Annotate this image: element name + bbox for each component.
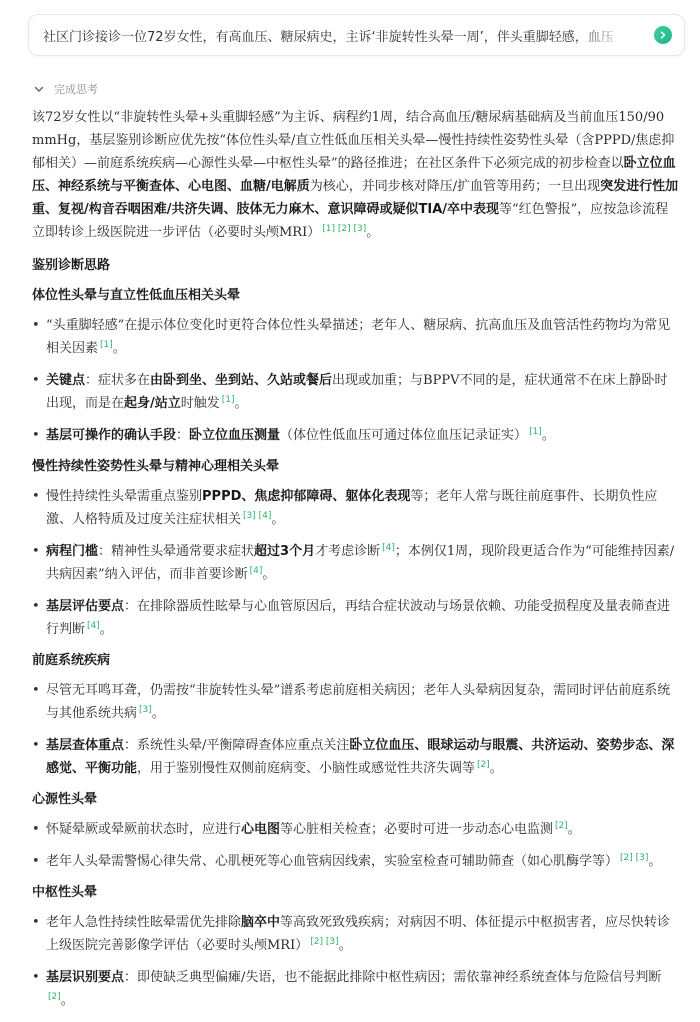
text: ：精神性头晕通常要求症状 xyxy=(98,544,254,559)
list-item: 病程门槛：精神性头晕通常要求症状超过3个月才考虑诊断[4]；本例仅1周，现阶段更… xyxy=(32,540,680,586)
citation[interactable]: [3] xyxy=(139,705,152,715)
text: 等心脏相关检查；必要时可进一步动态心电监测 xyxy=(280,822,553,837)
list-item: 老年人头晕需警惕心律失常、心肌梗死等心血管病因线索，实验室检查可辅助筛查（如心肌… xyxy=(32,850,680,873)
bold-text: 基层可操作的确认手段 xyxy=(46,428,176,443)
citation[interactable]: [1] xyxy=(100,340,113,350)
citation[interactable]: [1] [2] [3] xyxy=(322,224,366,234)
bold-text: PPPD、焦虑抑郁障碍、躯体化表现 xyxy=(202,489,410,504)
subsection-title: 慢性持续性姿势性头晕与精神心理相关头晕 xyxy=(32,457,680,477)
text: 尽管无耳鸣耳聋，仍需按“非旋转性头晕”谱系考虑前庭相关病因；老年人头晕病因复杂，… xyxy=(46,683,670,721)
text: 慢性持续性头晕需重点鉴别 xyxy=(46,489,202,504)
citation[interactable]: [2] xyxy=(477,760,490,770)
text: 。 xyxy=(235,396,248,411)
query-box[interactable]: 社区门诊接诊一位72岁女性，有高血压、糖尿病史，主诉‘非旋转性头晕一周’，伴头重… xyxy=(28,14,685,56)
text: 。 xyxy=(100,622,113,637)
text: 。 xyxy=(490,761,503,776)
bold-text: 超过3个月 xyxy=(254,544,315,559)
text: ：系统性头晕/平衡障碍查体应重点关注 xyxy=(124,738,349,753)
text: ：症状多在 xyxy=(85,373,150,388)
subsection-title: 中枢性头晕 xyxy=(32,883,680,903)
bold-text: 病程门槛 xyxy=(46,544,98,559)
list-item: 基层查体重点：系统性头晕/平衡障碍查体应重点关注卧立位血压、眼球运动与眼震、共济… xyxy=(32,734,680,780)
chevron-down-icon xyxy=(34,86,44,93)
citation[interactable]: [2] [3] xyxy=(620,853,648,863)
list-item: 基层识别要点：即使缺乏典型偏瘫/失语，也不能据此排除中枢性病因；需依靠神经系统查… xyxy=(32,966,680,981)
citation[interactable]: [4] xyxy=(87,621,100,631)
bold-text: 关键点 xyxy=(46,373,85,388)
chevron-right-icon xyxy=(659,31,667,39)
text: 。 xyxy=(271,512,284,527)
thinking-label: 完成思考 xyxy=(54,81,98,97)
text: 时触发 xyxy=(181,396,220,411)
text: “头重脚轻感”在提示体位变化时更符合体位性头晕描述；老年人、糖尿病、抗高血压及血… xyxy=(46,318,670,356)
bold-text: 基层查体重点 xyxy=(46,738,124,753)
answer-content: 该72岁女性以“非旋转性头晕+头重脚轻感”为主诉、病程约1周，结合高血压/糖尿病… xyxy=(32,106,680,981)
text: 为核心，并同步核对降压/扩血管等用药；一旦出现 xyxy=(310,179,600,194)
citation[interactable]: [3] [4] xyxy=(243,511,271,521)
list-item: 怀疑晕厥或晕厥前状态时，应进行心电图等心脏相关检查；必要时可进一步动态心电监测[… xyxy=(32,818,680,841)
bullet-list: 老年人急性持续性眩晕需优先排除脑卒中等高致死致残疾病；对病因不明、体征提示中枢损… xyxy=(32,911,680,981)
subsection-title: 心源性头晕 xyxy=(32,790,680,810)
citation[interactable]: [4] xyxy=(250,566,263,576)
list-item: 关键点：症状多在由卧到坐、坐到站、久站或餐后出现或加重；与BPPV不同的是，症状… xyxy=(32,369,680,415)
bold-text: 心电图 xyxy=(241,822,280,837)
text: ，用于鉴别慢性双侧前庭病变、小脑性或感觉性共济失调等 xyxy=(137,761,475,776)
subsection-title: 前庭系统疾病 xyxy=(32,651,680,671)
citation[interactable]: [1] xyxy=(529,427,542,437)
list-item: 尽管无耳鸣耳聋，仍需按“非旋转性头晕”谱系考虑前庭相关病因；老年人头晕病因复杂，… xyxy=(32,679,680,725)
thinking-toggle[interactable]: 完成思考 xyxy=(34,81,98,97)
intro-paragraph: 该72岁女性以“非旋转性头晕+头重脚轻感”为主诉、病程约1周，结合高血压/糖尿病… xyxy=(32,106,680,244)
subsection-title: 体位性头晕与直立性低血压相关头晕 xyxy=(32,286,680,306)
send-button[interactable] xyxy=(654,26,672,44)
text: 。 xyxy=(648,854,661,869)
text: 。 xyxy=(262,567,275,582)
citation[interactable]: [2] xyxy=(555,821,568,831)
list-item: “头重脚轻感”在提示体位变化时更符合体位性头晕描述；老年人、糖尿病、抗高血压及血… xyxy=(32,314,680,360)
bold-text: 卧立位血压测量 xyxy=(189,428,280,443)
text: 。 xyxy=(339,938,352,953)
bold-text: 基层识别要点 xyxy=(46,970,124,981)
text: 老年人头晕需警惕心律失常、心肌梗死等心血管病因线索，实验室检查可辅助筛查（如心肌… xyxy=(46,854,618,869)
list-item: 老年人急性持续性眩晕需优先排除脑卒中等高致死致残疾病；对病因不明、体征提示中枢损… xyxy=(32,911,680,957)
bullet-list: 怀疑晕厥或晕厥前状态时，应进行心电图等心脏相关检查；必要时可进一步动态心电监测[… xyxy=(32,818,680,873)
list-item: 基层评估要点：在排除器质性眩晕与心血管原因后，再结合症状波动与场景依赖、功能受损… xyxy=(32,595,680,641)
text: 。 xyxy=(152,706,165,721)
citation[interactable]: [1] xyxy=(222,395,235,405)
text: ： xyxy=(176,428,189,443)
section-heading: 鉴别诊断思路 xyxy=(32,256,680,276)
text: ：在排除器质性眩晕与心血管原因后，再结合症状波动与场景依赖、功能受损程度及量表筛… xyxy=(46,599,670,637)
text: 。 xyxy=(113,341,126,356)
citation[interactable]: [4] xyxy=(382,543,395,553)
text: 。 xyxy=(542,428,555,443)
bullet-list: 尽管无耳鸣耳聋，仍需按“非旋转性头晕”谱系考虑前庭相关病因；老年人头晕病因复杂，… xyxy=(32,679,680,780)
citation[interactable]: [2] [3] xyxy=(310,937,338,947)
list-item: 慢性持续性头晕需重点鉴别PPPD、焦虑抑郁障碍、躯体化表现等；老年人常与既往前庭… xyxy=(32,485,680,531)
bold-text: 起身/站立 xyxy=(124,396,181,411)
text: 老年人急性持续性眩晕需优先排除 xyxy=(46,915,241,930)
bold-text: 由卧到坐、坐到站、久站或餐后 xyxy=(150,373,332,388)
text: （体位性低血压可通过体位血压记录证实） xyxy=(280,428,527,443)
text: 该72岁女性以“非旋转性头晕+头重脚轻感”为主诉、病程约1周，结合高血压/糖尿病… xyxy=(32,110,674,171)
text: 才考虑诊断 xyxy=(315,544,380,559)
text: 。 xyxy=(366,225,379,240)
bullet-list: 慢性持续性头晕需重点鉴别PPPD、焦虑抑郁障碍、躯体化表现等；老年人常与既往前庭… xyxy=(32,485,680,641)
bold-text: 基层评估要点 xyxy=(46,599,124,614)
list-item: 基层可操作的确认手段：卧立位血压测量（体位性低血压可通过体位血压记录证实）[1]… xyxy=(32,424,680,447)
text: 怀疑晕厥或晕厥前状态时，应进行 xyxy=(46,822,241,837)
text: 。 xyxy=(568,822,581,837)
bold-text: 脑卒中 xyxy=(241,915,280,930)
text: ：即使缺乏典型偏瘫/失语，也不能据此排除中枢性病因；需依靠神经系统查体与危险信号… xyxy=(124,970,661,981)
bullet-list: “头重脚轻感”在提示体位变化时更符合体位性头晕描述；老年人、糖尿病、抗高血压及血… xyxy=(32,314,680,447)
query-text[interactable]: 社区门诊接诊一位72岁女性，有高血压、糖尿病史，主诉‘非旋转性头晕一周’，伴头重… xyxy=(43,26,642,45)
